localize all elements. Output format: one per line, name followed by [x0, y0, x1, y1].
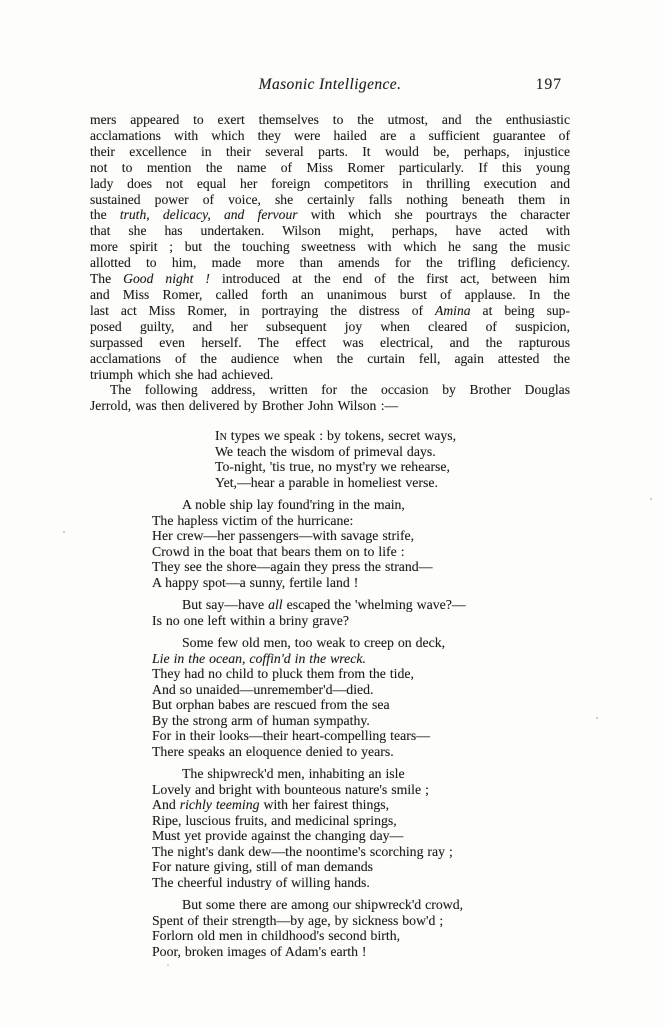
stanza: In types we speak : by tokens, secret wa… [90, 428, 570, 490]
verse-line: Crowd in the boat that bears them on to … [152, 544, 570, 560]
verse-line: For in their looks—their heart-compellin… [152, 728, 570, 744]
verse-line: Is no one left within a briny grave? [152, 613, 570, 629]
paragraph: The following address, written for the o… [90, 382, 570, 414]
text-line: triumph which she had achieved. [90, 367, 570, 383]
text-line: The Good night ! introduced at the end o… [90, 271, 570, 287]
verse-line: The hapless victim of the hurricane: [152, 513, 570, 529]
verse-line: A noble ship lay found'ring in the main, [152, 497, 570, 513]
stanza: The shipwreck'd men, inhabiting an isleL… [90, 766, 570, 890]
verse-line: Her crew—her passengers—with savage stri… [152, 528, 570, 544]
scan-speck [650, 498, 652, 500]
verse-line: To-night, 'tis true, no myst'ry we rehea… [215, 459, 570, 475]
verse-line: They see the shore—again they press the … [152, 559, 570, 575]
verse-line: And so unaided—unremember'd—died. [152, 682, 570, 698]
verse-line: Some few old men, too weak to creep on d… [152, 635, 570, 651]
verse-line: In types we speak : by tokens, secret wa… [215, 428, 570, 444]
text-line: and Miss Romer, called forth an unanimou… [90, 287, 570, 303]
text-line: acclamations with which they were hailed… [90, 128, 570, 144]
text-column: mers appeared to exert themselves to the… [90, 112, 570, 959]
verse-line: Yet,—hear a parable in homeliest verse. [215, 475, 570, 491]
verse-line: They had no child to pluck them from the… [152, 666, 570, 682]
text-line: their excellence in their several parts.… [90, 144, 570, 160]
text-line: that she has undertaken. Wilson might, p… [90, 223, 570, 239]
verse-line: Must yet provide against the changing da… [152, 828, 570, 844]
scan-speck [167, 964, 169, 966]
text-line: allotted to him, made more than amends f… [90, 255, 570, 271]
verse-line: The shipwreck'd men, inhabiting an isle [152, 766, 570, 782]
poem-section: In types we speak : by tokens, secret wa… [90, 428, 570, 959]
scanned-page: Masonic Intelligence. 197 mers appeared … [0, 0, 665, 1029]
stanza: A noble ship lay found'ring in the main,… [90, 497, 570, 590]
verse-line: The night's dank dew—the noontime's scor… [152, 844, 570, 860]
stanza: But say—have all escaped the 'whelming w… [90, 597, 570, 628]
verse-line: But some there are among our shipwreck'd… [152, 897, 570, 913]
verse-line: By the strong arm of human sympathy. [152, 713, 570, 729]
scan-speck [417, 432, 419, 434]
verse-line: A happy spot—a sunny, fertile land ! [152, 575, 570, 591]
verse-line: Poor, broken images of Adam's earth ! [152, 944, 570, 960]
text-line: posed guilty, and her subsequent joy whe… [90, 319, 570, 335]
text-line: last act Miss Romer, in portraying the d… [90, 303, 570, 319]
text-line: acclamations of the audience when the cu… [90, 351, 570, 367]
verse-line: The cheerful industry of willing hands. [152, 875, 570, 891]
text-line: surpassed even herself. The effect was e… [90, 335, 570, 351]
verse-line: And richly teeming with her fairest thin… [152, 797, 570, 813]
text-line: not to mention the name of Miss Romer pa… [90, 160, 570, 176]
page-title: Masonic Intelligence. [90, 76, 570, 94]
text-line: lady does not equal her foreign competit… [90, 176, 570, 192]
text-line: the truth, delicacy, and fervour with wh… [90, 207, 570, 223]
paragraph: mers appeared to exert themselves to the… [90, 112, 570, 382]
stanza: Some few old men, too weak to creep on d… [90, 635, 570, 759]
verse-line: Spent of their strength—by age, by sickn… [152, 913, 570, 929]
verse-line: But say—have all escaped the 'whelming w… [152, 597, 570, 613]
running-head: Masonic Intelligence. 197 [90, 76, 570, 96]
verse-line: But orphan babes are rescued from the se… [152, 697, 570, 713]
text-line: Jerrold, was then delivered by Brother J… [90, 398, 570, 414]
verse-line: Lie in the ocean, coffin'd in the wreck. [152, 651, 570, 667]
verse-line: There speaks an eloquence denied to year… [152, 744, 570, 760]
verse-line: We teach the wisdom of primeval days. [215, 444, 570, 460]
scan-speck [596, 717, 598, 719]
text-line: The following address, written for the o… [90, 382, 570, 398]
scan-speck [63, 531, 65, 533]
text-line: mers appeared to exert themselves to the… [90, 112, 570, 128]
verse-line: Ripe, luscious fruits, and medicinal spr… [152, 813, 570, 829]
page-number: 197 [536, 76, 562, 94]
verse-line: For nature giving, still of man demands [152, 859, 570, 875]
verse-line: Lovely and bright with bounteous nature'… [152, 782, 570, 798]
text-line: more spirit ; but the touching sweetness… [90, 239, 570, 255]
verse-line: Forlorn old men in childhood's second bi… [152, 928, 570, 944]
stanza: But some there are among our shipwreck'd… [90, 897, 570, 959]
prose-section: mers appeared to exert themselves to the… [90, 112, 570, 414]
text-line: sustained power of voice, she certainly … [90, 192, 570, 208]
